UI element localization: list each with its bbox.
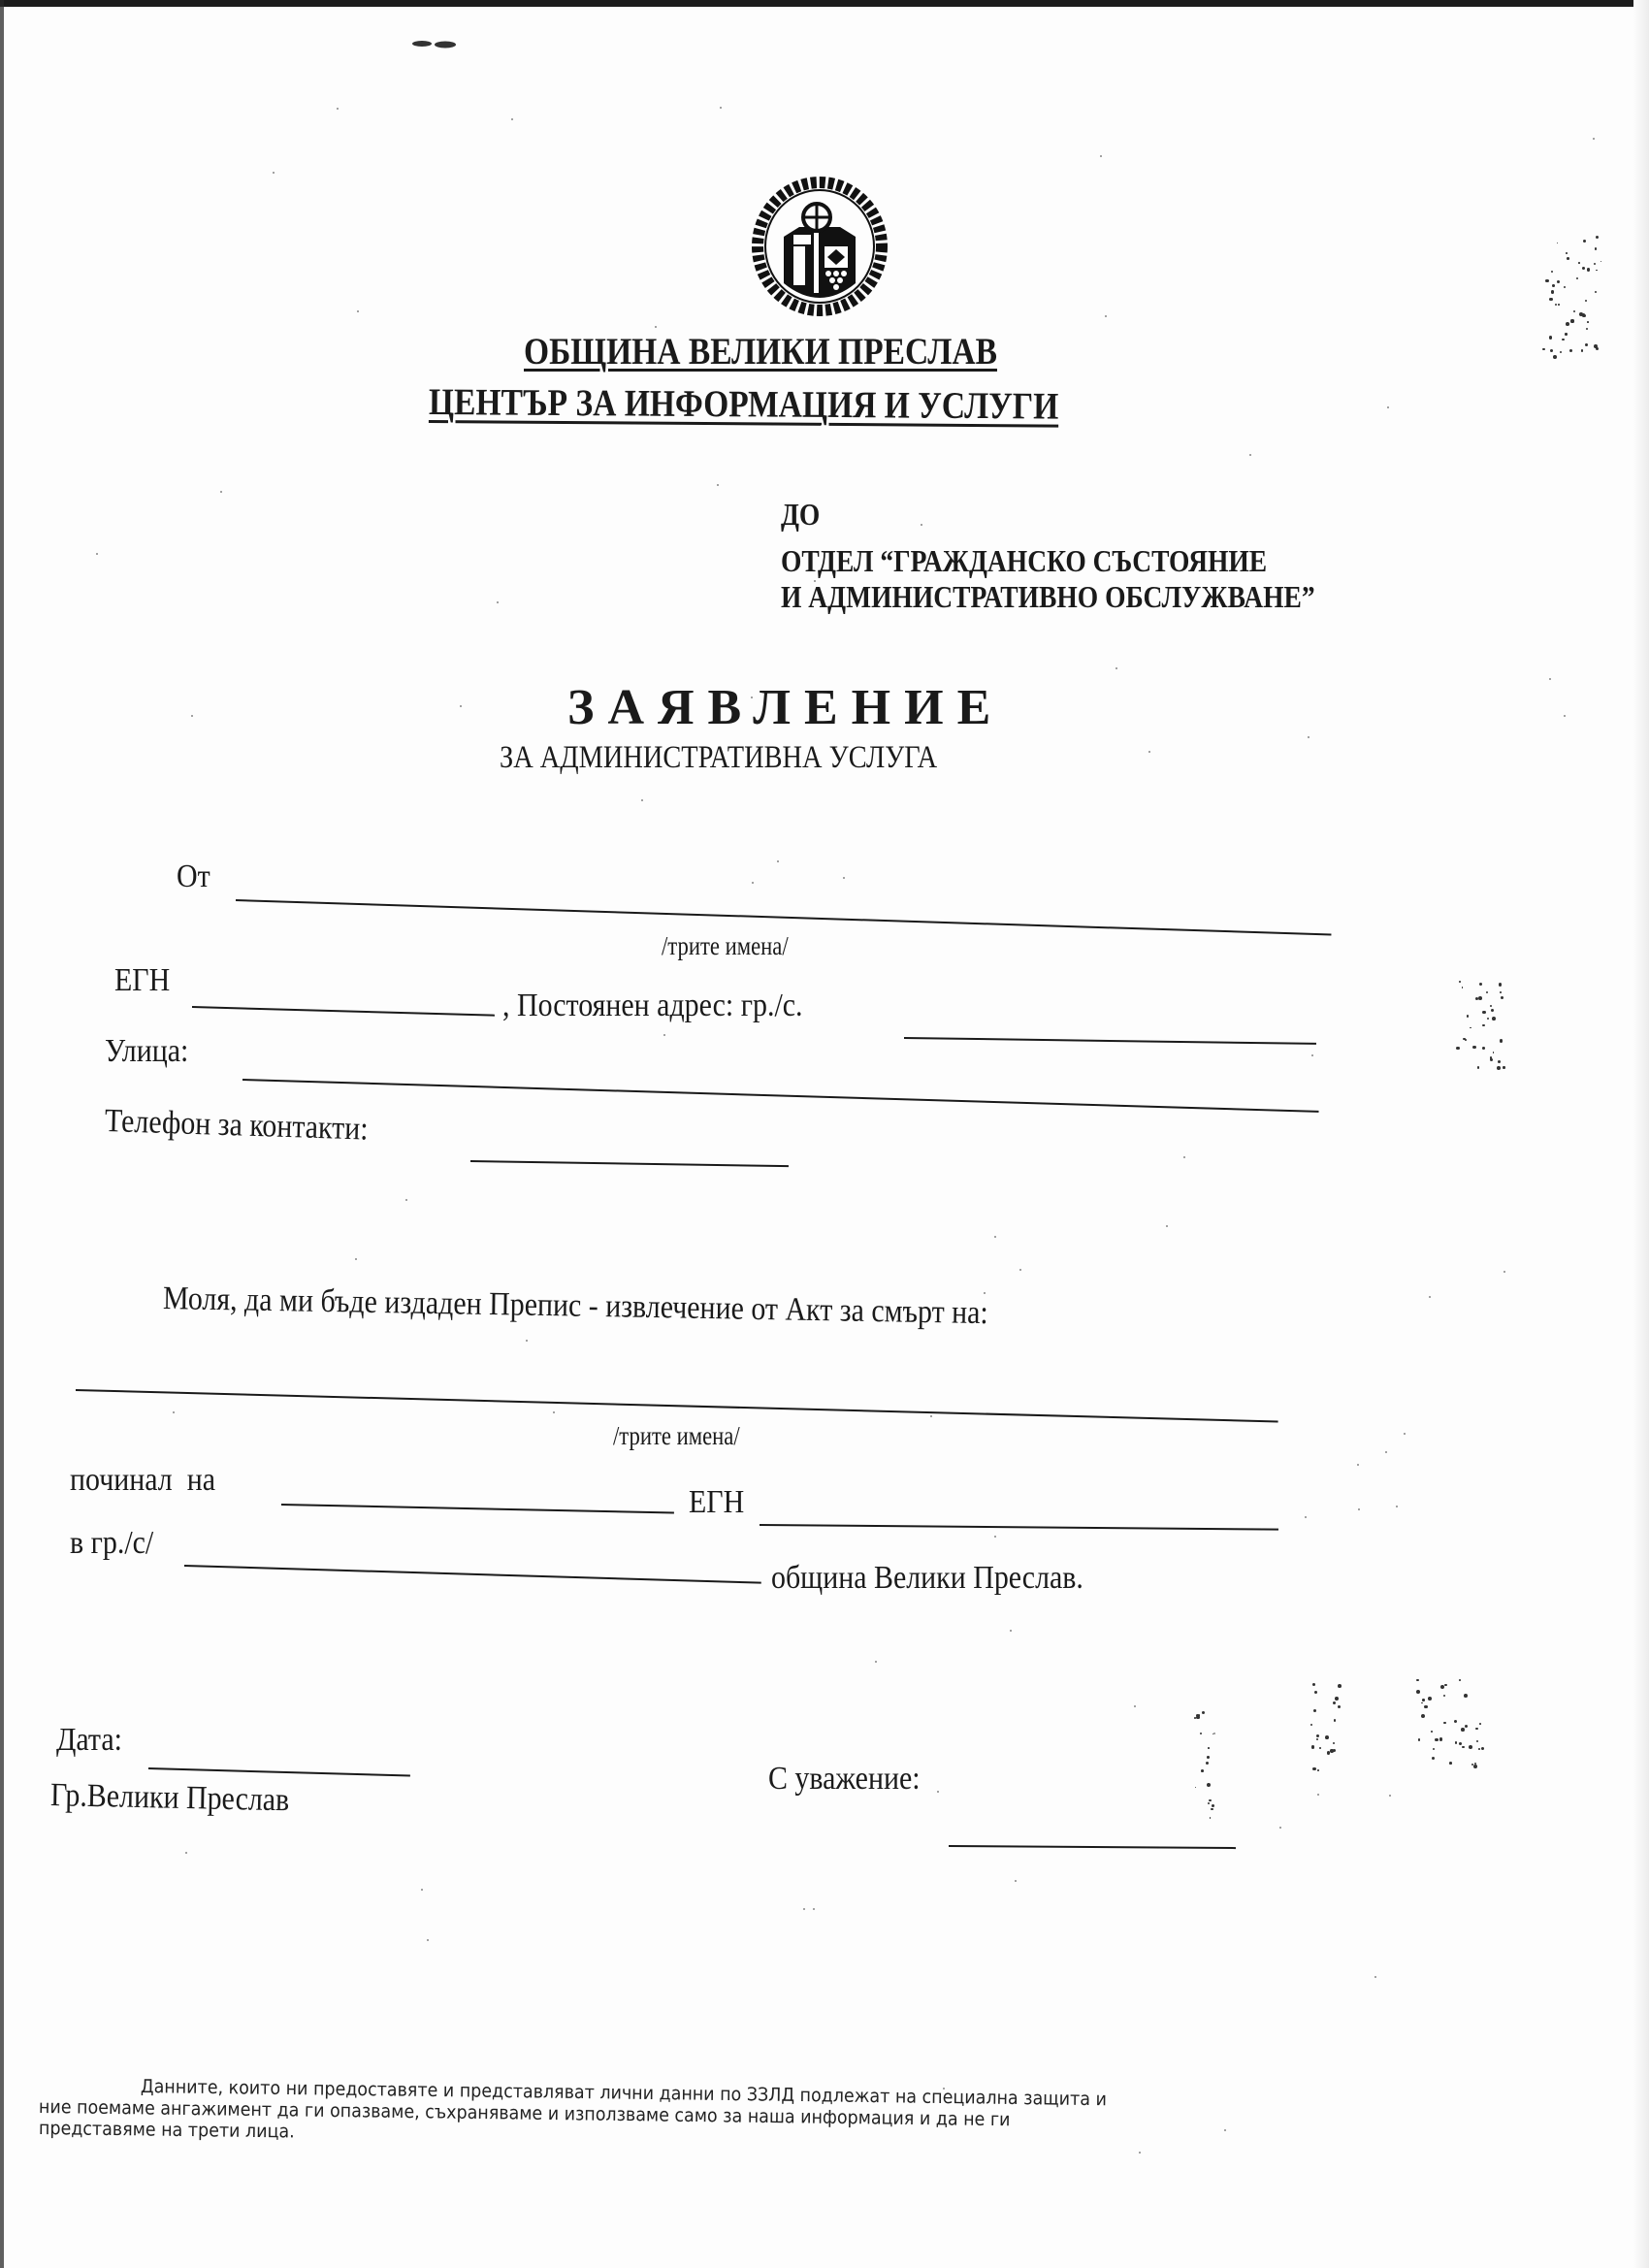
street-label: Улица: [105, 1033, 188, 1070]
deceased-egn-label: ЕГН [689, 1484, 744, 1521]
scan-left-border [0, 0, 4, 2268]
from-label: От [177, 859, 210, 895]
date-field[interactable] [148, 1767, 410, 1777]
privacy-note-line-3: представяме на трети лица. [39, 2118, 295, 2143]
addressee-to: ДО [781, 497, 820, 533]
phone-label: Телефон за контакти: [105, 1103, 370, 1149]
from-names-hint: /трите имена/ [662, 931, 789, 961]
died-on-label: починал на [70, 1462, 215, 1499]
scan-right-edge [1633, 0, 1649, 2268]
document-subtitle: ЗА АДМИНИСТРАТИВНА УСЛУГА [500, 740, 937, 776]
address-field[interactable] [904, 1037, 1316, 1045]
request-text: Моля, да ми бъде издаден Препис - извлеч… [163, 1280, 988, 1332]
municipality-text: община Велики Преслав. [771, 1560, 1083, 1597]
address-label: , Постоянен адрес: гр./с. [502, 988, 803, 1024]
addressee-line-2: И АДМИНИСТРАТИВНО ОБСЛУЖВАНЕ” [781, 579, 1315, 615]
city-text: Гр.Велики Преслав [50, 1777, 290, 1819]
scan-top-border [0, 0, 1649, 7]
phone-field[interactable] [470, 1160, 789, 1167]
applicant-egn-label: ЕГН [114, 962, 170, 999]
deceased-names-hint: /трите имена/ [613, 1421, 740, 1451]
department-name: ЦЕНТЪР ЗА ИНФОРМАЦИЯ И УСЛУГИ [429, 380, 1058, 429]
deceased-name-field[interactable] [76, 1389, 1278, 1422]
date-label: Дата: [56, 1722, 122, 1759]
from-name-field[interactable] [236, 899, 1332, 935]
regards-label: С уважение: [768, 1761, 921, 1798]
document-title: ЗАЯВЛЕНИЕ [567, 679, 1004, 736]
street-field[interactable] [242, 1079, 1319, 1113]
applicant-egn-field[interactable] [192, 1006, 495, 1017]
addressee-line-1: ОТДЕЛ “ГРАЖДАНСКО СЪСТОЯНИЕ [781, 543, 1267, 579]
organization-name: ОБЩИНА ВЕЛИКИ ПРЕСЛАВ [524, 330, 997, 373]
municipal-coat-of-arms-icon [747, 177, 892, 322]
died-on-date-field[interactable] [281, 1504, 674, 1513]
signature-field[interactable] [949, 1845, 1236, 1849]
toner-blot [412, 39, 461, 49]
place-field[interactable] [184, 1565, 761, 1584]
place-label: в гр./с/ [70, 1525, 153, 1562]
deceased-egn-field[interactable] [760, 1524, 1278, 1531]
